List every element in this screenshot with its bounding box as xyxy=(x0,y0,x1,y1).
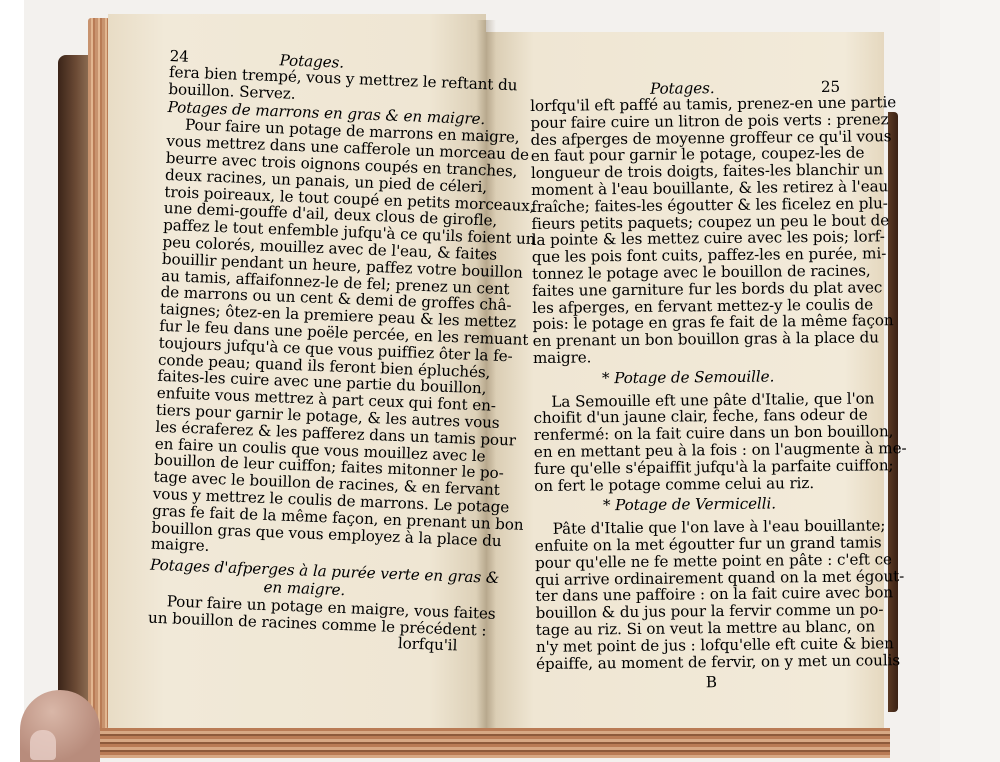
right-page-text: Potages. 25 lorfqu'il eft paffé au tamis… xyxy=(530,79,846,693)
running-head: Potages. xyxy=(279,52,344,71)
text-line: on fert le potage comme celui au riz. xyxy=(534,474,844,494)
thumbnail-nail xyxy=(30,730,56,760)
section-heading: * Potage de Semouille. xyxy=(533,367,843,387)
photo-background-right xyxy=(940,0,1000,762)
photo-border-left xyxy=(0,0,24,762)
signature-mark: B xyxy=(536,673,846,693)
text-line: épaiffe, au moment de fervir, on y met u… xyxy=(536,652,846,672)
page-edges-left xyxy=(88,18,110,728)
page-number: 24 xyxy=(169,48,189,66)
section-heading: * Potage de Vermicelli. xyxy=(534,495,844,515)
book-cover-right xyxy=(888,112,898,712)
text-line: en prenant un bon bouillon gras à la pla… xyxy=(533,330,843,350)
page-number: 25 xyxy=(821,79,840,96)
book-cover-left xyxy=(58,55,88,735)
page-edges-bottom xyxy=(90,728,890,758)
left-page-text: 24 Potages. fera bien trempé, vous y met… xyxy=(147,48,480,655)
running-head: Potages. xyxy=(650,80,715,97)
right-page-header: Potages. 25 xyxy=(530,79,840,98)
text-line: maigre. xyxy=(533,347,843,367)
